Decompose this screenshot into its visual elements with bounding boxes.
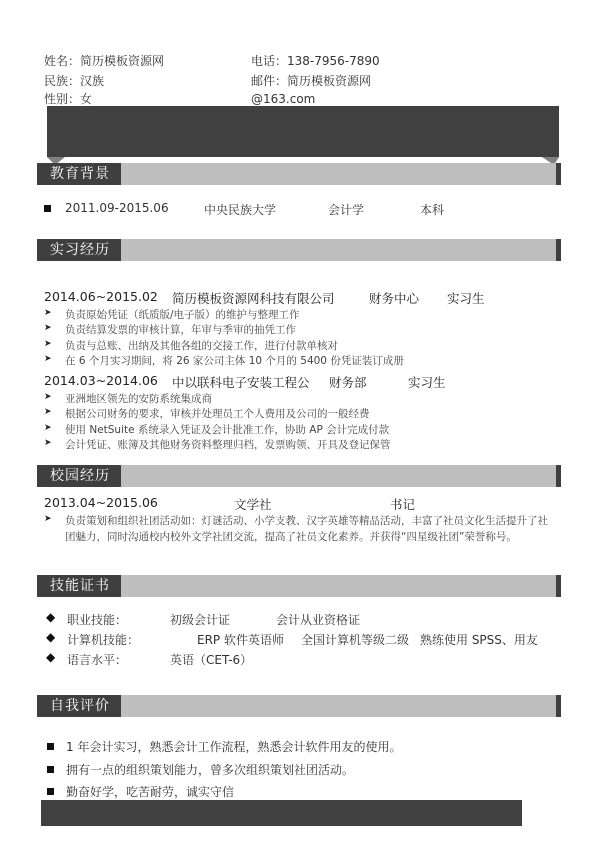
skill-value: 全国计算机等级二级 <box>301 631 409 648</box>
arrow-bullet-icon: ➤ <box>44 407 52 417</box>
skill-row-computer: ◆ 计算机技能： ERP 软件英语师 全国计算机等级二级 熟练使用 SPSS、用… <box>46 631 566 649</box>
diamond-bullet-icon: ◆ <box>46 630 55 644</box>
skill-label: 计算机技能： <box>67 631 139 648</box>
education-major: 会计学 <box>328 201 364 218</box>
skill-value: 熟练使用 SPSS、用友 <box>420 631 538 648</box>
internship-company: 简历模板资源网科技有限公司 <box>172 289 335 307</box>
section-header-education: 教育背景 <box>37 163 562 185</box>
square-bullet-icon <box>47 788 54 795</box>
ethnicity-label: 民族： <box>44 74 80 88</box>
footer-bar <box>41 800 522 826</box>
section-cap <box>556 575 561 597</box>
square-bullet-icon <box>47 766 54 773</box>
skill-label: 职业技能： <box>67 611 127 628</box>
email-domain-value: @163.com <box>251 92 315 106</box>
arrow-bullet-icon: ➤ <box>44 438 52 448</box>
gender-value: 女 <box>80 92 92 106</box>
diamond-bullet-icon: ◆ <box>46 610 55 624</box>
arrow-bullet-icon: ➤ <box>44 354 52 364</box>
skill-value: 会计从业资格证 <box>276 611 360 628</box>
campus-description-line2: 团魅力，同时沟通校内校外文学社团交流，提高了社员文化素养。并获得“四星级社团”荣… <box>65 529 517 544</box>
internship-period: 2014.06~2015.02 <box>44 289 158 304</box>
arrow-bullet-icon: ➤ <box>44 423 52 433</box>
section-title: 校园经历 <box>37 465 121 487</box>
section-title: 教育背景 <box>37 163 121 185</box>
arrow-bullet-icon: ➤ <box>44 392 52 402</box>
phone-label: 电话： <box>251 54 287 68</box>
internship-department: 财务部 <box>329 373 367 391</box>
name-value: 简历模板资源网 <box>80 54 164 68</box>
name-label: 姓名： <box>44 54 80 68</box>
campus-description-line1: 负责策划和组织社团活动如：灯谜活动、小学支教、汉字英雄等精品活动，丰富了社员文化… <box>65 513 548 528</box>
section-header-self-evaluation: 自我评价 <box>37 695 562 717</box>
phone-field: 电话：138-7956-7890 <box>251 52 380 70</box>
section-cap <box>556 465 561 487</box>
square-bullet-icon <box>44 205 51 212</box>
phone-value: 138-7956-7890 <box>287 54 380 68</box>
arrow-bullet-icon: ➤ <box>44 339 52 349</box>
skill-label: 语言水平： <box>67 651 127 668</box>
section-title: 自我评价 <box>37 695 121 717</box>
section-header-campus: 校园经历 <box>37 465 562 487</box>
education-school: 中央民族大学 <box>204 201 276 218</box>
section-title: 技能证书 <box>37 575 121 597</box>
skill-value: ERP 软件英语师 <box>197 631 284 648</box>
skill-value: 英语（CET-6） <box>170 651 252 668</box>
arrow-bullet-icon: ➤ <box>44 323 52 333</box>
name-field: 姓名：简历模板资源网 <box>44 52 164 70</box>
arrow-bullet-icon: ➤ <box>44 308 52 318</box>
gender-label: 性别： <box>44 92 80 106</box>
education-degree: 本科 <box>420 201 444 218</box>
arrow-bullet-icon: ➤ <box>44 514 52 524</box>
skill-row-professional: ◆ 职业技能： 初级会计证 会计从业资格证 <box>46 611 566 629</box>
internship-department: 财务中心 <box>369 289 419 307</box>
section-header-skills: 技能证书 <box>37 575 562 597</box>
section-title: 实习经历 <box>37 239 121 261</box>
email-value: 简历模板资源网 <box>287 74 371 88</box>
education-period: 2011.09-2015.06 <box>65 201 169 215</box>
header-banner <box>47 106 559 157</box>
skill-row-language: ◆ 语言水平： 英语（CET-6） <box>46 651 566 669</box>
list-item: 拥有一点的组织策划能力，曾多次组织策划社团活动。 <box>47 761 547 779</box>
skill-value: 初级会计证 <box>170 611 230 628</box>
campus-position: 书记 <box>390 495 415 513</box>
ethnicity-field: 民族：汉族 <box>44 72 104 90</box>
internship-company: 中以联科电子安装工程公 <box>172 373 310 391</box>
internship-period: 2014.03~2014.06 <box>44 373 158 388</box>
square-bullet-icon <box>47 743 54 750</box>
diamond-bullet-icon: ◆ <box>46 650 55 664</box>
ethnicity-value: 汉族 <box>80 74 104 88</box>
section-cap <box>556 695 561 717</box>
list-item: 1 年会计实习，熟悉会计工作流程，熟悉会计软件用友的使用。 <box>47 738 547 756</box>
internship-position: 实习生 <box>408 373 446 391</box>
section-header-internship: 实习经历 <box>37 239 562 261</box>
campus-period: 2013.04~2015.06 <box>44 495 158 510</box>
email-label: 邮件： <box>251 74 287 88</box>
internship-position: 实习生 <box>447 289 485 307</box>
section-cap <box>556 163 561 185</box>
email-field: 邮件：简历模板资源网 <box>251 72 371 90</box>
list-item: 勤奋好学，吃苦耐劳，诚实守信 <box>47 783 547 801</box>
section-cap <box>556 239 561 261</box>
campus-organization: 文学社 <box>234 495 272 513</box>
